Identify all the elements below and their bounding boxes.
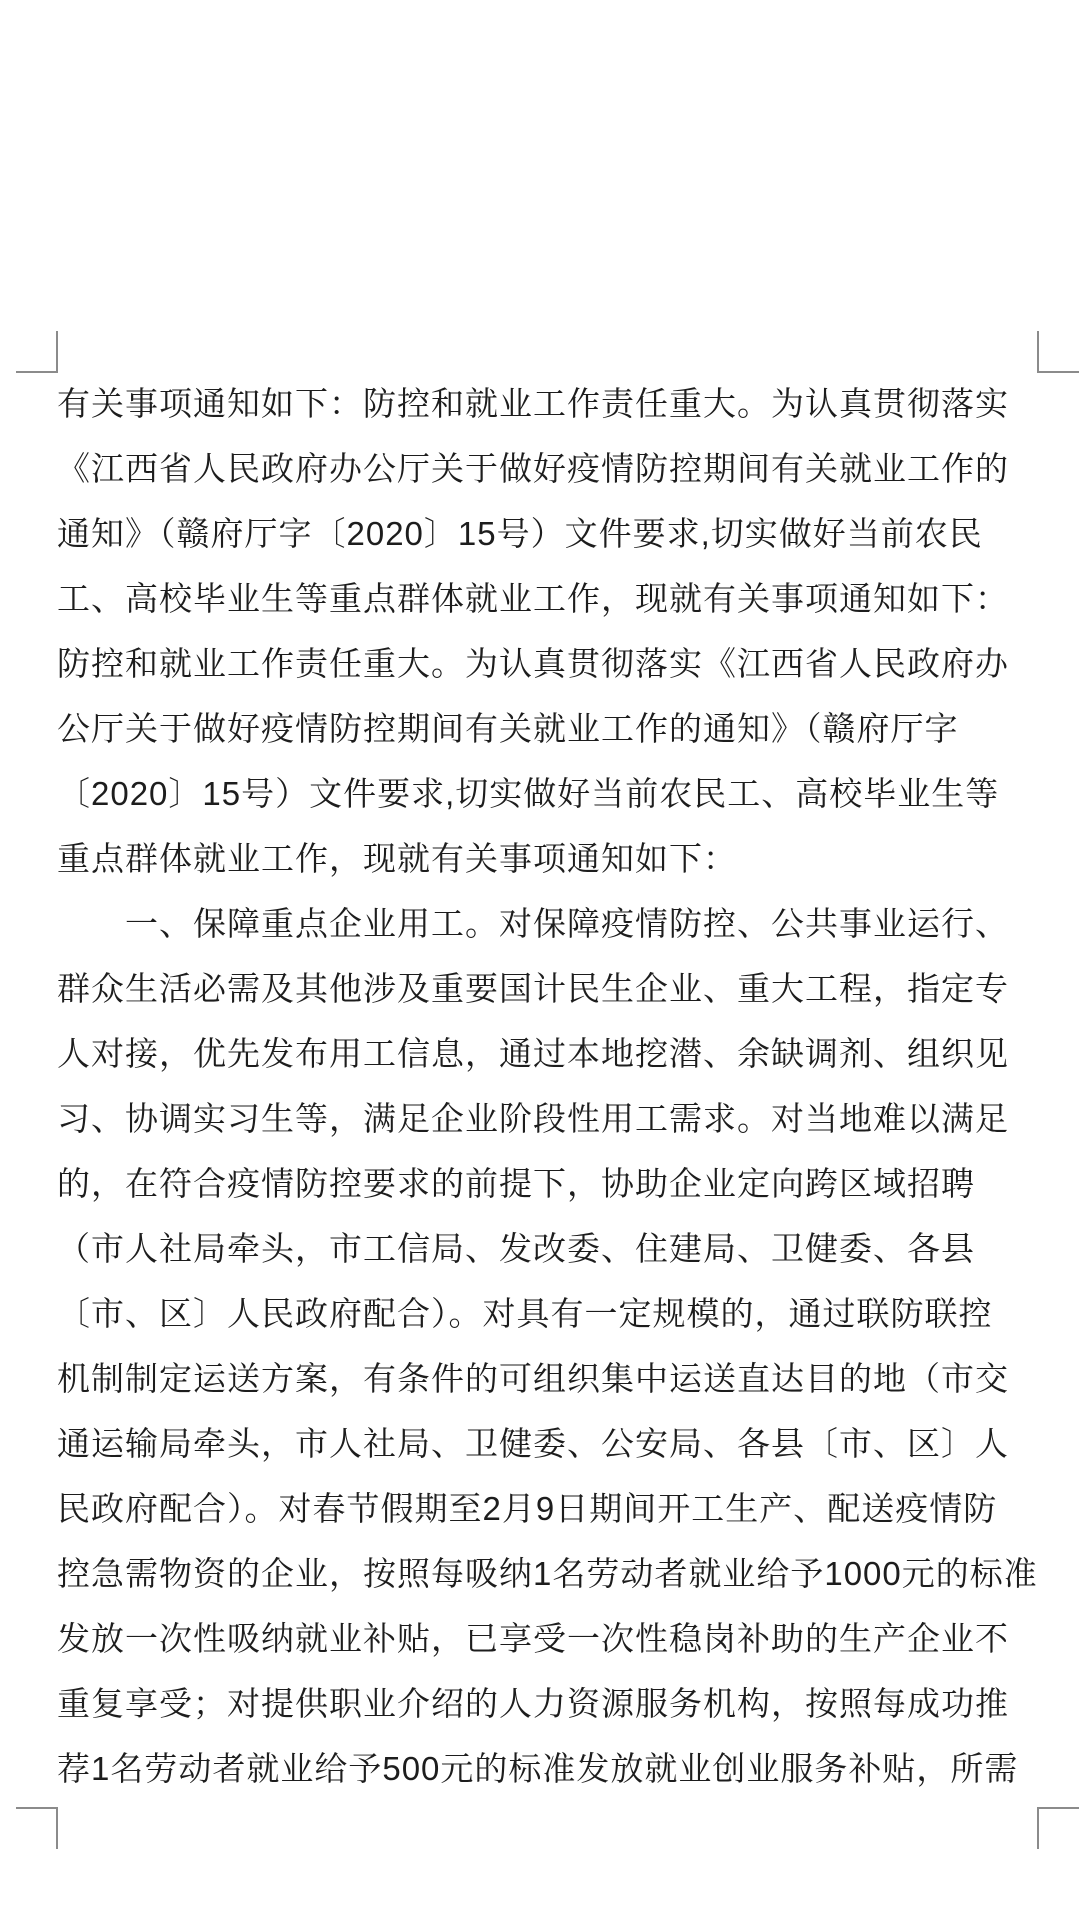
text-line: 〔2020〕15号）文件要求,切实做好当前农民工、高校毕业生等 — [57, 761, 1042, 826]
document-page: 有关事项通知如下：防控和就业工作责任重大。为认真贯彻落实 《江西省人民政府办公厅… — [0, 0, 1080, 1920]
text-line: 《江西省人民政府办公厅关于做好疫情防控期间有关就业工作的 — [57, 436, 1042, 501]
text-line: 工、高校毕业生等重点群体就业工作，现就有关事项通知如下： — [57, 566, 1042, 631]
text-line: 的，在符合疫情防控要求的前提下，协助企业定向跨区域招聘 — [57, 1151, 1042, 1216]
text-line: 民政府配合）。对春节假期至2月9日期间开工生产、配送疫情防 — [57, 1476, 1042, 1541]
text-line: 人对接，优先发布用工信息，通过本地挖潜、余缺调剂、组织见 — [57, 1021, 1042, 1086]
text-line: （市人社局牵头，市工信局、发改委、住建局、卫健委、各县 — [57, 1216, 1042, 1281]
text-boundary-mark-top-right — [1037, 331, 1079, 373]
text-line: 重复享受；对提供职业介绍的人力资源服务机构，按照每成功推 — [57, 1671, 1042, 1736]
text-line: 发放一次性吸纳就业补贴，已享受一次性稳岗补助的生产企业不 — [57, 1606, 1042, 1671]
text-line: 有关事项通知如下：防控和就业工作责任重大。为认真贯彻落实 — [57, 371, 1042, 436]
text-boundary-mark-top-left — [16, 331, 58, 373]
text-line: 通知》（赣府厅字〔2020〕15号）文件要求,切实做好当前农民 — [57, 501, 1042, 566]
text-boundary-mark-bottom-left — [16, 1807, 58, 1849]
text-line: 荐1名劳动者就业给予500元的标准发放就业创业服务补贴，所需 — [57, 1736, 1042, 1801]
text-line: 公厅关于做好疫情防控期间有关就业工作的通知》（赣府厅字 — [57, 696, 1042, 761]
text-line: 通运输局牵头，市人社局、卫健委、公安局、各县〔市、区〕人 — [57, 1411, 1042, 1476]
text-line: 控急需物资的企业，按照每吸纳1名劳动者就业给予1000元的标准 — [57, 1541, 1042, 1606]
text-line: 机制制定运送方案，有条件的可组织集中运送直达目的地（市交 — [57, 1346, 1042, 1411]
text-line: 习、协调实习生等，满足企业阶段性用工需求。对当地难以满足 — [57, 1086, 1042, 1151]
text-line: 一、保障重点企业用工。对保障疫情防控、公共事业运行、 — [57, 891, 1042, 956]
text-line: 群众生活必需及其他涉及重要国计民生企业、重大工程，指定专 — [57, 956, 1042, 1021]
text-boundary-mark-bottom-right — [1037, 1807, 1079, 1849]
text-line: 防控和就业工作责任重大。为认真贯彻落实《江西省人民政府办 — [57, 631, 1042, 696]
text-line: 重点群体就业工作，现就有关事项通知如下： — [57, 826, 1042, 891]
text-line: 〔市、区〕人民政府配合）。对具有一定规模的，通过联防联控 — [57, 1281, 1042, 1346]
document-body-text: 有关事项通知如下：防控和就业工作责任重大。为认真贯彻落实 《江西省人民政府办公厅… — [57, 371, 1042, 1801]
